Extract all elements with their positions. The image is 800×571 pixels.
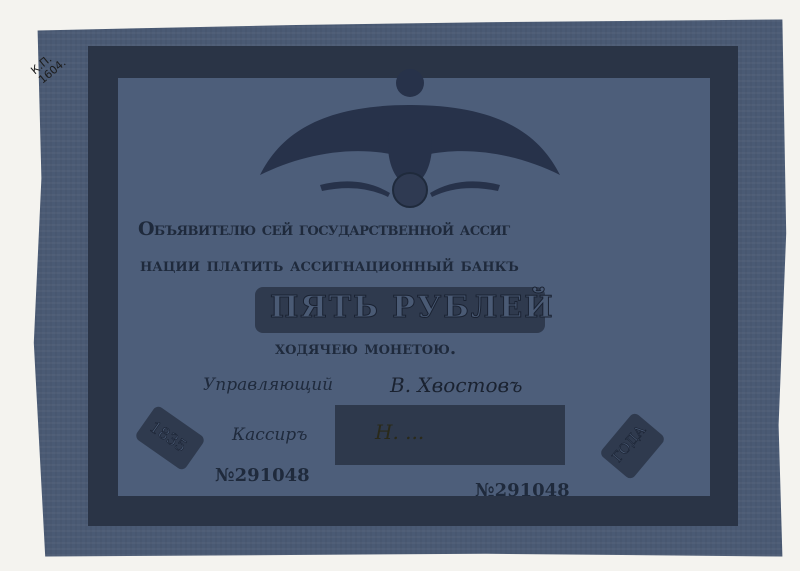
text-line-2: нации платить ассигнационный банкъ	[140, 254, 519, 276]
manager-label: Управляющий	[203, 375, 333, 395]
text-line-3: ходячею монетою.	[275, 338, 456, 359]
cashier-signature: Н. ...	[375, 420, 424, 444]
cashier-label: Кассиръ	[232, 425, 308, 445]
serial-number-right: №291048	[475, 480, 570, 501]
text-line-1: Объявителю сей государственной ассиг	[138, 218, 510, 240]
manager-signature: В. Хвостовъ	[390, 373, 523, 397]
double-headed-eagle-icon	[260, 65, 560, 215]
cashier-signature-box	[335, 405, 565, 465]
denomination: ПЯТЬ РУБЛЕЙ	[270, 290, 555, 325]
serial-number-left: №291048	[215, 465, 310, 486]
